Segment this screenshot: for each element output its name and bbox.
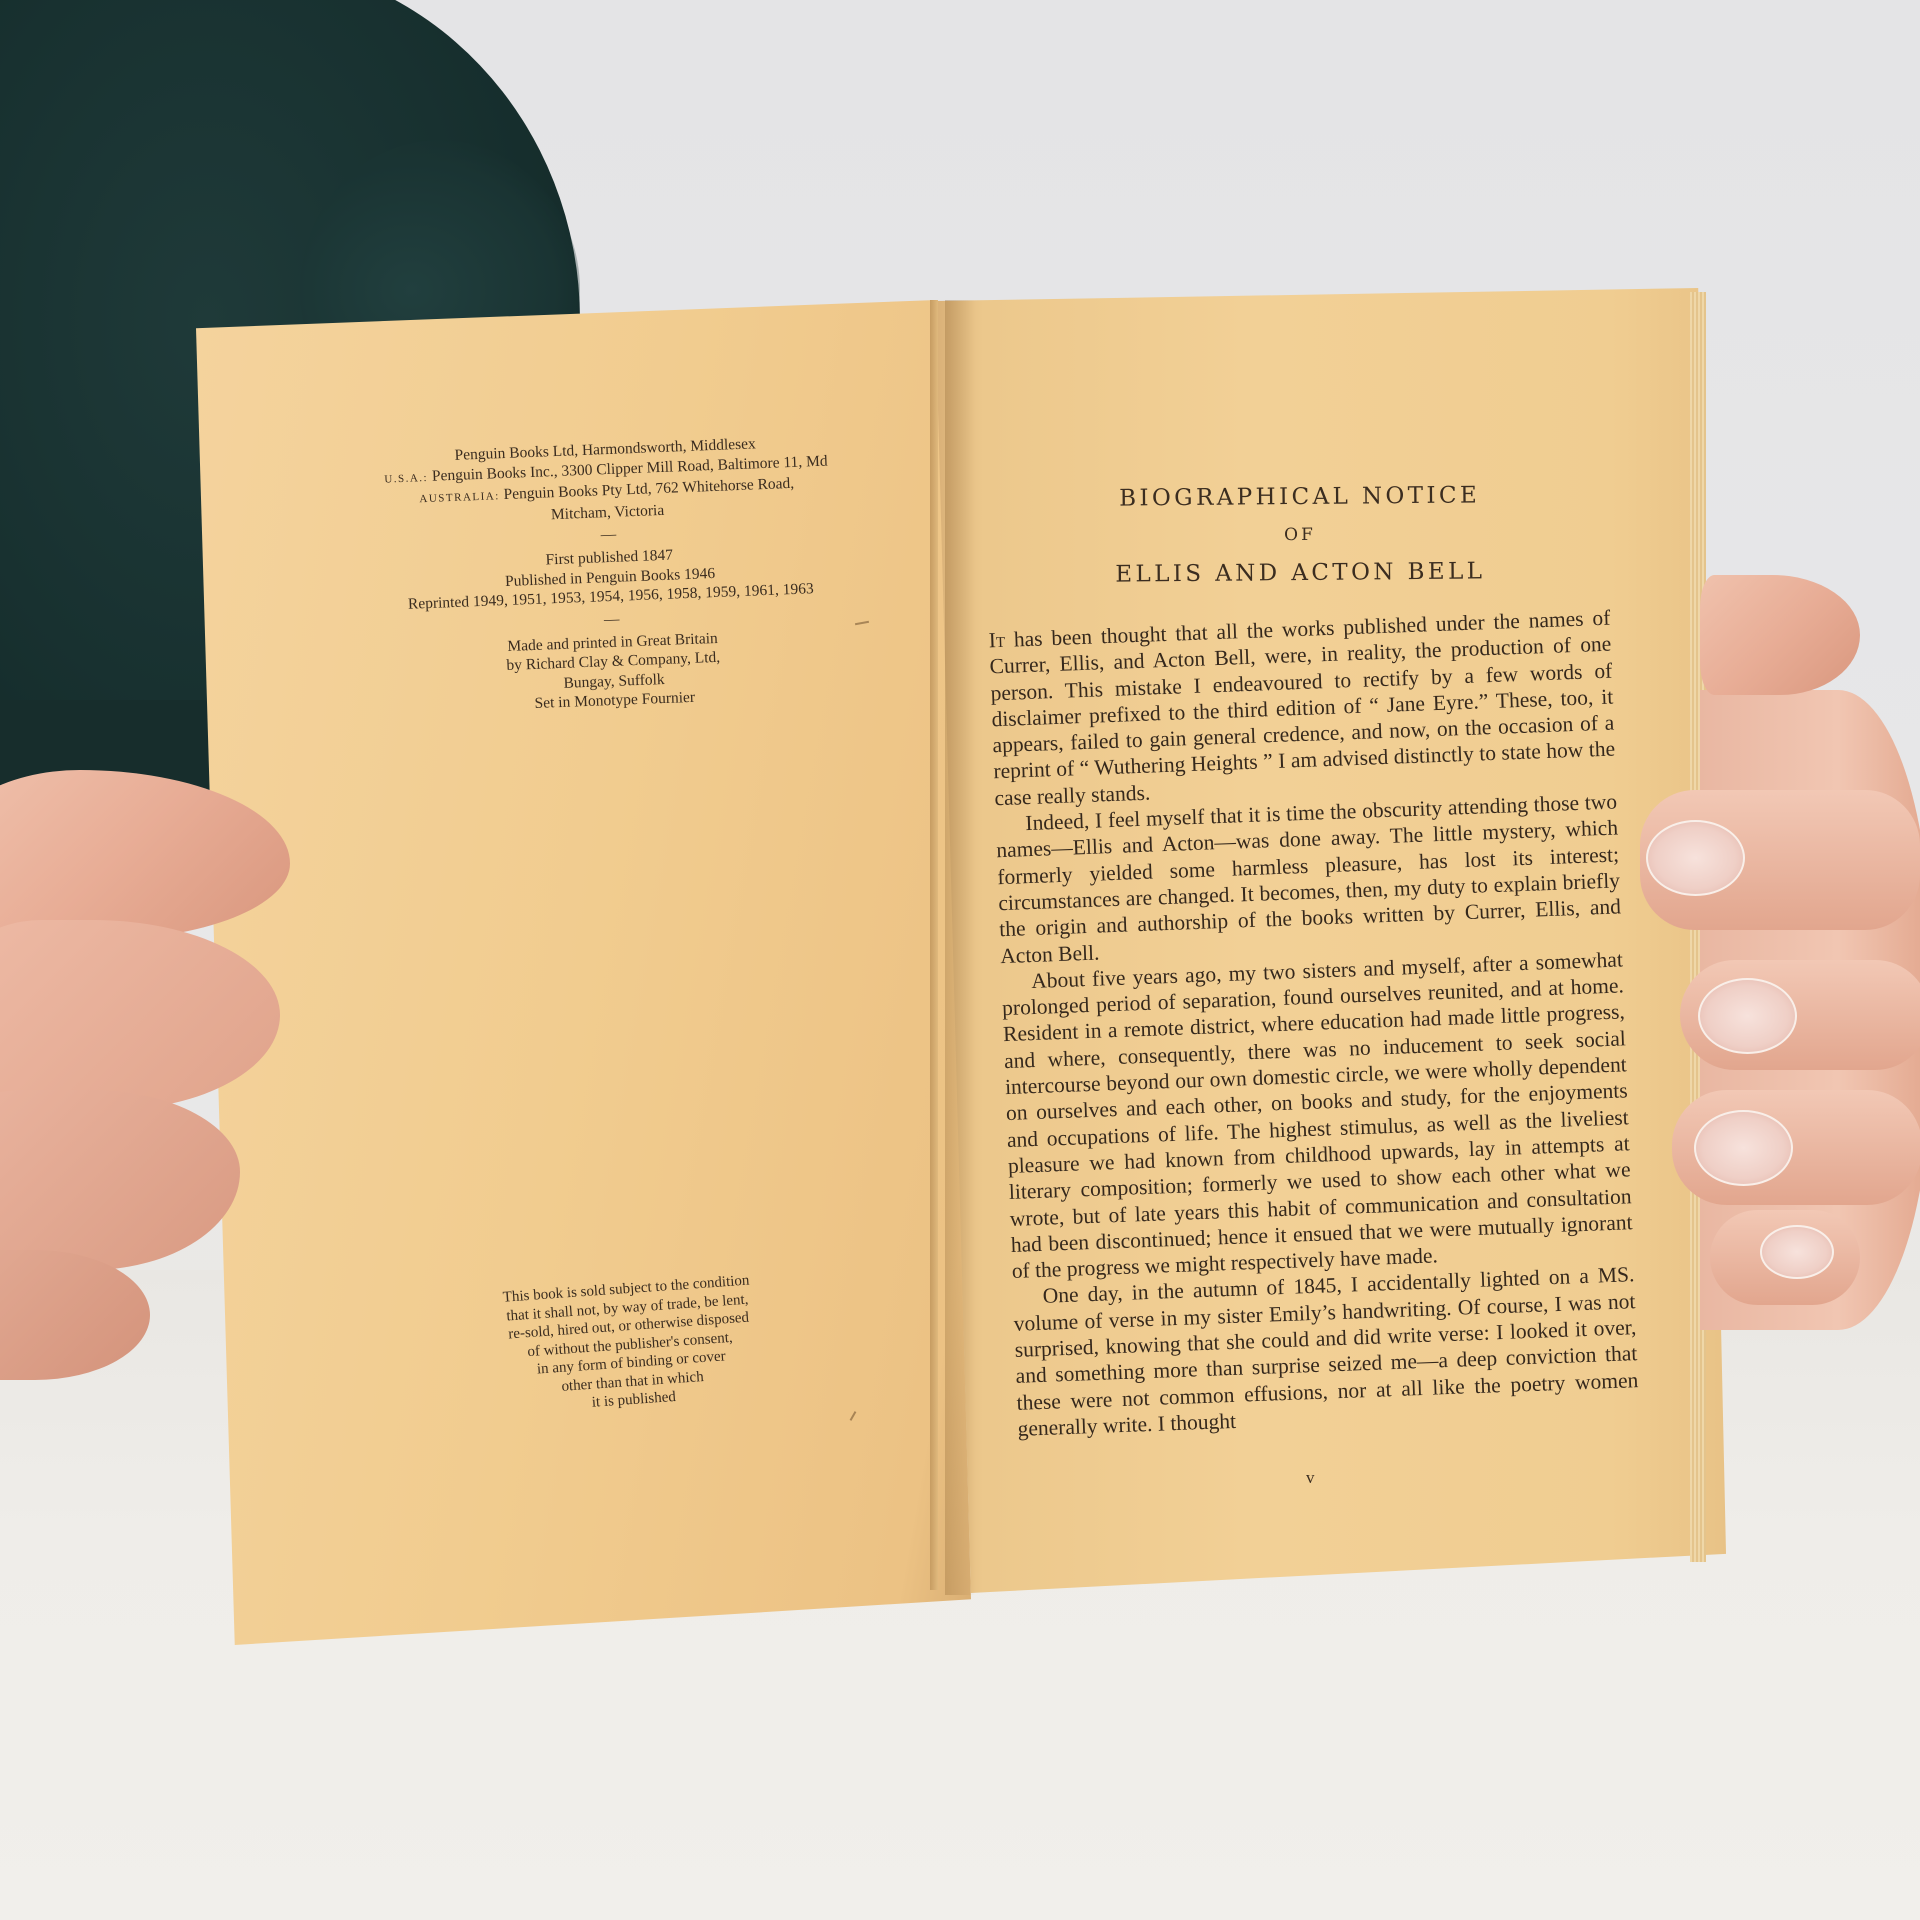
heading-line-2: OF [1080, 514, 1520, 556]
paragraph-2: Indeed, I feel myself that it is time th… [995, 789, 1622, 969]
left-hand-finger [0, 1090, 240, 1270]
photo-scene: Penguin Books Ltd, Harmondsworth, Middle… [0, 0, 1920, 1920]
imprint-block: Penguin Books Ltd, Harmondsworth, Middle… [325, 429, 895, 721]
gutter-shadow [945, 300, 975, 1595]
fingernail [1760, 1225, 1834, 1279]
paragraph-text: has been thought that all the works publ… [989, 606, 1615, 810]
right-hand-finger [1680, 960, 1920, 1070]
small-caps-opening: It [988, 628, 1005, 653]
paragraph-4: One day, in the autumn of 1845, I accide… [1012, 1262, 1639, 1442]
fingernail [1694, 1110, 1793, 1186]
heading-line-3: ELLIS AND ACTON BELL [1080, 552, 1520, 594]
paragraph-1: It has been thought that all the works p… [988, 605, 1616, 812]
right-hand-finger [1710, 1210, 1860, 1305]
right-hand-finger [1672, 1090, 1920, 1205]
fingernail [1698, 978, 1797, 1054]
sale-condition-notice: This book is sold subject to the conditi… [456, 1268, 804, 1421]
page-number: v [1306, 1468, 1315, 1488]
book-gutter [930, 300, 938, 1590]
right-hand-finger [1640, 790, 1920, 930]
body-text: It has been thought that all the works p… [988, 605, 1639, 1442]
chapter-heading: BIOGRAPHICAL NOTICE OF ELLIS AND ACTON B… [1080, 476, 1521, 594]
paragraph-3: About five years ago, my two sisters and… [1001, 946, 1634, 1284]
fingernail [1646, 820, 1745, 896]
usa-label: U.S.A.: [384, 471, 428, 485]
right-hand-thumb [1700, 575, 1860, 695]
heading-line-1: BIOGRAPHICAL NOTICE [1080, 476, 1520, 518]
australia-label: AUSTRALIA: [419, 490, 500, 505]
